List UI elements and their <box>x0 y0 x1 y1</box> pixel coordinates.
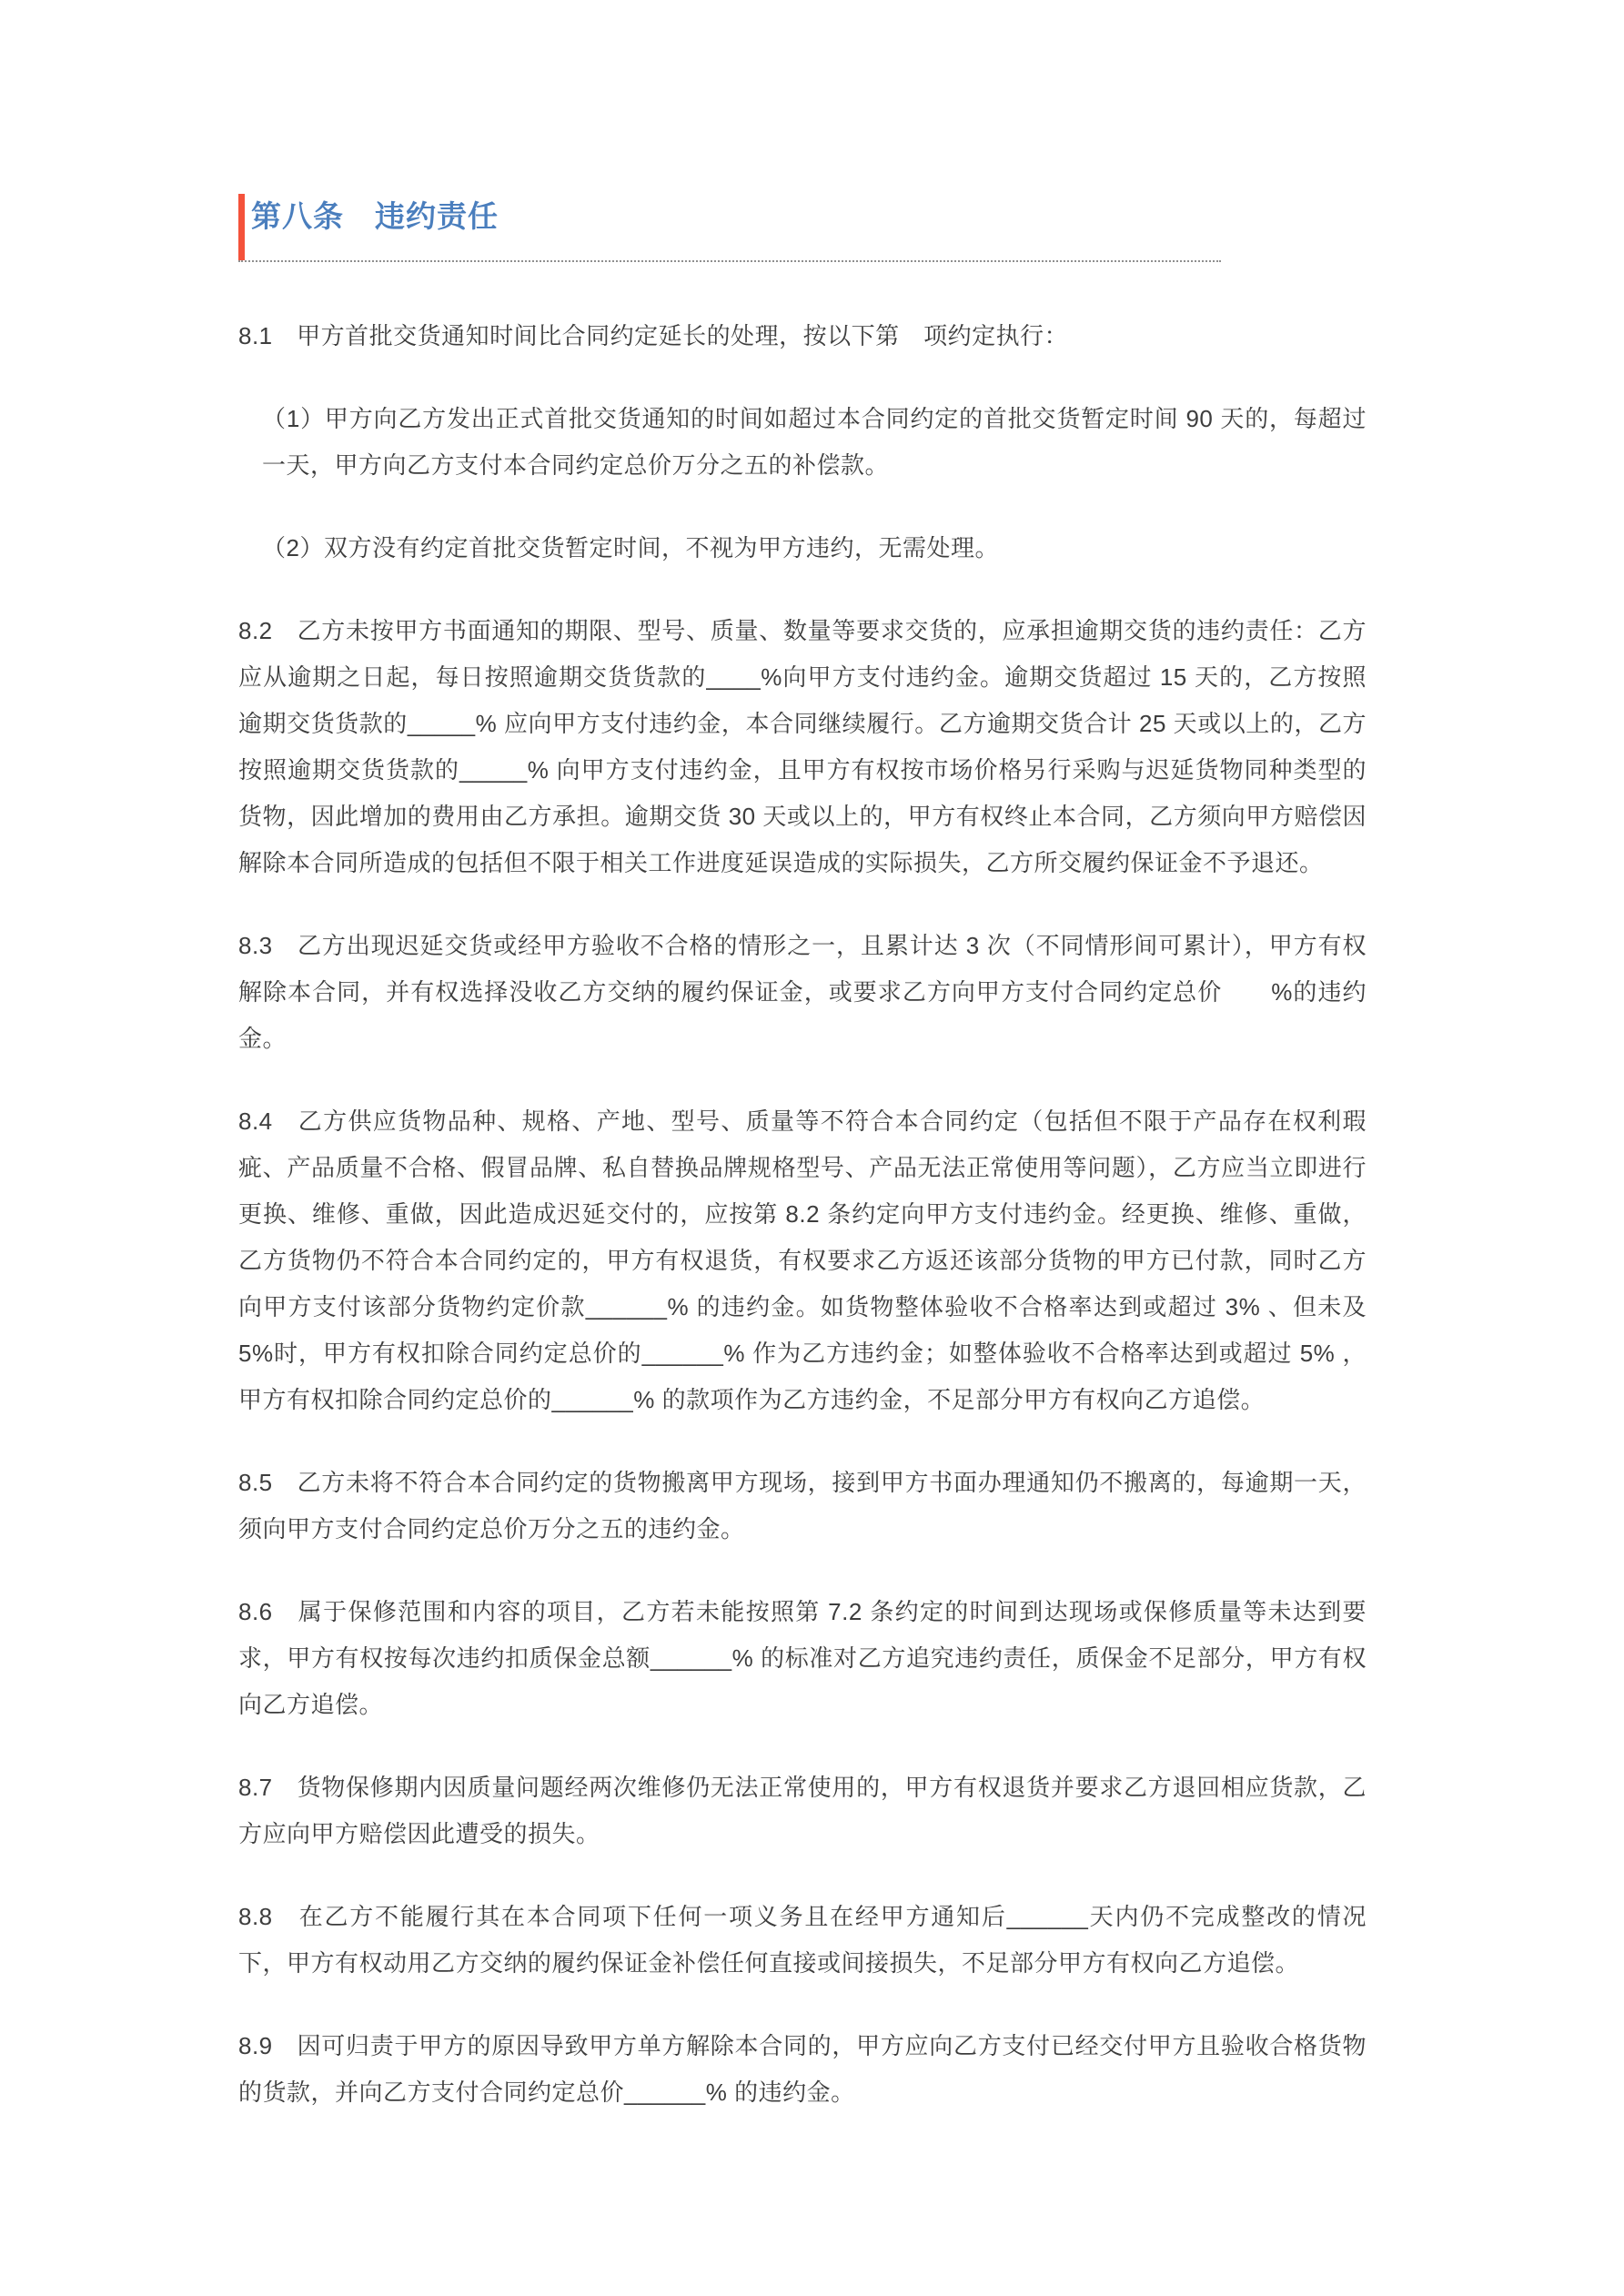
clause-8-8: 8.8 在乙方不能履行其在本合同项下任何一项义务且在经甲方通知后______天内… <box>238 1894 1367 1987</box>
section-heading-block: 第八条 违约责任 <box>238 194 1221 262</box>
clause-8-5: 8.5 乙方未将不符合本合同约定的货物搬离甲方现场，接到甲方书面办理通知仍不搬离… <box>238 1460 1367 1553</box>
section-heading: 第八条 违约责任 <box>251 197 1221 237</box>
clause-8-3: 8.3 乙方出现迟延交货或经甲方验收不合格的情形之一，且累计达 3 次（不同情形… <box>238 923 1367 1062</box>
clause-8-9: 8.9 因可归责于甲方的原因导致甲方单方解除本合同的，甲方应向乙方支付已经交付甲… <box>238 2023 1367 2116</box>
contract-document-page: 第八条 违约责任 8.1 甲方首批交货通知时间比合同约定延长的处理，按以下第 项… <box>0 0 1624 2296</box>
clause-8-1: 8.1 甲方首批交货通知时间比合同约定延长的处理，按以下第 项约定执行： <box>238 313 1367 359</box>
clause-8-1-item-2: （2）双方没有约定首批交货暂定时间，不视为甲方违约，无需处理。 <box>238 525 1367 571</box>
clause-8-7: 8.7 货物保修期内因质量问题经两次维修仍无法正常使用的，甲方有权退货并要求乙方… <box>238 1765 1367 1857</box>
heading-accent-bar <box>238 194 245 260</box>
clause-8-6: 8.6 属于保修范围和内容的项目，乙方若未能按照第 7.2 条约定的时间到达现场… <box>238 1589 1367 1728</box>
clause-8-1-item-1: （1）甲方向乙方发出正式首批交货通知的时间如超过本合同约定的首批交货暂定时间 9… <box>238 396 1367 489</box>
clause-8-4: 8.4 乙方供应货物品种、规格、产地、型号、质量等不符合本合同约定（包括但不限于… <box>238 1098 1367 1423</box>
clause-8-2: 8.2 乙方未按甲方书面通知的期限、型号、质量、数量等要求交货的，应承担逾期交货… <box>238 608 1367 886</box>
